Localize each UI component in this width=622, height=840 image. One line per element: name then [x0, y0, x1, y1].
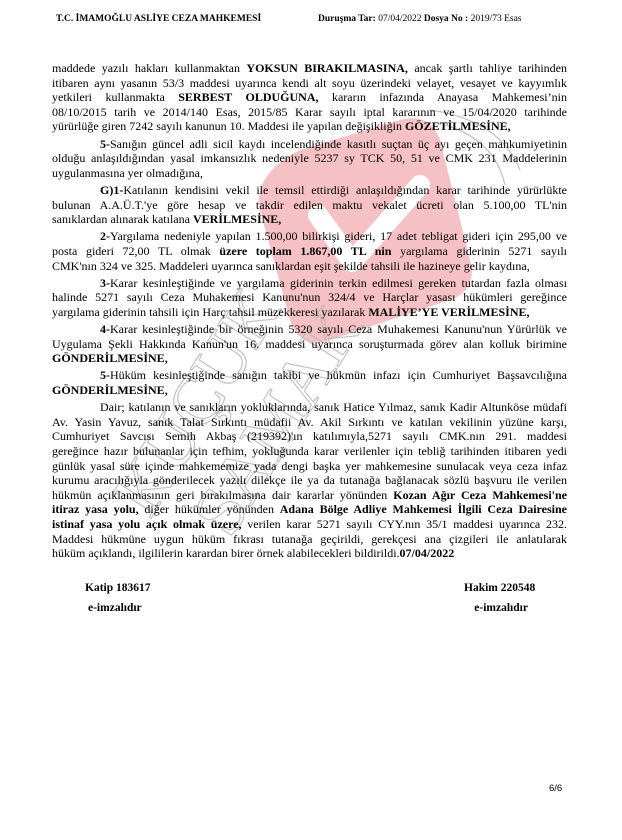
clerk-title: Katip 183617 — [85, 582, 151, 594]
bold-text: YOKSUN BIRAKILMASINA, — [246, 61, 407, 75]
text-line: Av. Yasin Yavuz, sanık Talat Sırkıntı mü… — [52, 415, 567, 430]
text: itibaren aynı yasanın 53/3 maddesi uyarı… — [52, 76, 567, 90]
text: bulunan A.A.Ü.T.'ye göre hesap ve takdir… — [52, 198, 567, 212]
text: ancak şartlı tahliye tarihinden — [408, 61, 567, 75]
text-line: 5-Sanığın güncel adli sicil kaydı incele… — [52, 137, 567, 152]
text: gereğince hazır bulunanlar için tefhim, … — [52, 444, 567, 458]
text-line: hüküm açıklandı, ilgililerin karardan bi… — [52, 546, 567, 561]
text: posta gideri 72,00 TL olmak — [52, 244, 219, 258]
bold-text: SERBEST OLDUĞUNA, — [178, 90, 318, 104]
text: Karar kesinleştiğinde ve yargılama gider… — [110, 276, 567, 290]
text: Av. Yasin Yavuz, sanık Talat Sırkıntı mü… — [52, 415, 567, 429]
text: yargılama giderinin tahsili için Harç ta… — [52, 305, 368, 319]
text-line: kurumu aracılığıyla gönderilecek yazılı … — [52, 473, 567, 488]
text: verilen karar 5271 sayılı CYY.nın 35/1 m… — [242, 517, 567, 531]
text-line: olduğu anlaşıldığından yasal imkansızlık… — [52, 151, 567, 166]
text-line: GÖNDERİLMESİNE, — [52, 383, 567, 398]
text-line: günlük yasal süre içinde mahkememize yad… — [52, 459, 567, 474]
text-line: itiraz yasa yolu, diğer hükümler yönünde… — [52, 502, 567, 517]
bold-text: G)1- — [100, 183, 123, 197]
paragraph-law-enforcement: 4-Karar kesinleştiğinde bir örneğinin 53… — [52, 322, 567, 366]
paragraph-court-costs: 2-Yargılama nedeniyle yapılan 1.500,00 b… — [52, 229, 567, 273]
text-line: sanıklardan alınarak katılana VERİLMESİN… — [52, 212, 567, 227]
bold-text: Kozan Ağır Ceza Mahkemesi'ne — [393, 488, 567, 502]
bold-text: GÖZETİLMESİNE, — [405, 119, 511, 133]
text-line: 08/10/2015 tarih ve 2014/140 Esas, 2015/… — [52, 105, 567, 120]
text-line: yargılama giderinin tahsili için Harç ta… — [52, 305, 567, 320]
bold-text: istinaf yasa yolu açık olmak üzere, — [52, 517, 242, 531]
paragraph-criminal-record: 5-Sanığın güncel adli sicil kaydı incele… — [52, 137, 567, 181]
text-line: 3-Karar kesinleştiğinde ve yargılama gid… — [52, 276, 567, 291]
bold-text: GÖNDERİLMESİNE, — [52, 351, 168, 365]
text-line: maddede yazılı hakları kullanmaktan YOKS… — [52, 61, 567, 76]
text: Katılanın kendisini vekil ile temsil ett… — [123, 183, 567, 197]
bold-text: VERİLMESİNE, — [193, 212, 281, 226]
text-line: posta gideri 72,00 TL olmak üzere toplam… — [52, 244, 567, 259]
file-label: Dosya No : — [424, 14, 468, 24]
clerk-signature: Katip 183617 e-imzalıdır — [85, 578, 151, 618]
text-line: Dair; katılanın ve sanıkların yoklukları… — [52, 400, 567, 415]
text-line: Maddesi hükmüne uygun hüküm fıkrası tuta… — [52, 532, 567, 547]
judge-title: Hakim 220548 — [464, 582, 535, 594]
text-line: 4-Karar kesinleştiğinde bir örneğinin 53… — [52, 322, 567, 337]
bold-text: 4- — [100, 322, 110, 336]
text-line: bulunan A.A.Ü.T.'ye göre hesap ve takdir… — [52, 198, 567, 213]
text-line: yetkileri kullanmakta SERBEST OLDUĞUNA, … — [52, 90, 567, 105]
text-line: GÖNDERİLMESİNE, — [52, 351, 567, 366]
text: yetkileri kullanmakta — [52, 90, 178, 104]
document-page: KUÇUK SAMAK T.C. İMAMOĞLU ASLİYE CEZA MA… — [0, 0, 622, 840]
text: diğer hükümler yönünden — [139, 502, 280, 516]
paragraph-prosecution: 5-Hüküm kesinleştiğinde sanığın takibi v… — [52, 368, 567, 397]
text: uygulanmasına yer olmadığına, — [52, 166, 203, 180]
judge-signature: Hakim 220548 e-imzalıdır — [464, 578, 535, 618]
text: olduğu anlaşıldığından yasal imkansızlık… — [52, 151, 567, 165]
text: Karar kesinleştiğinde bir örneğinin 5320… — [110, 322, 567, 336]
bold-text: GÖNDERİLMESİNE, — [52, 383, 168, 397]
clerk-e-signed: e-imzalıdır — [85, 598, 151, 618]
hearing-date: 07/04/2022 — [378, 14, 421, 24]
judge-e-signed: e-imzalıdır — [464, 598, 535, 618]
text: hüküm açıklandı, ilgililerin karardan bi… — [52, 546, 400, 560]
text: Cumhuriyet Savcısı Semih Akbaş (219392)'… — [52, 429, 567, 443]
text-line: G)1-Katılanın kendisini vekil ile temsil… — [52, 183, 567, 198]
text: kararın infazında Anayasa Mahkemesi’nin — [319, 90, 567, 104]
text: Maddesi hükmüne uygun hüküm fıkrası tuta… — [52, 532, 567, 546]
bold-text: Adana Bölge Adliye Mahkemesi İlgili Ceza… — [280, 502, 567, 516]
text: 08/10/2015 tarih ve 2014/140 Esas, 2015/… — [52, 105, 567, 119]
text: Yargılama nedeniyle yapılan 1.500,00 bil… — [110, 229, 567, 243]
text-line: CMK'nın 324 ve 325. Maddeleri uyarınca s… — [52, 259, 567, 274]
bold-text: MALİYE’YE VERİLMESİNE, — [368, 305, 529, 319]
text-line: 5-Hüküm kesinleştiğinde sanığın takibi v… — [52, 368, 567, 383]
bold-text: 07/04/2022 — [400, 546, 455, 560]
bold-text: 2- — [100, 229, 110, 243]
text: Uygulama Şekli Hakkında Kanun'un 16. mad… — [52, 337, 567, 351]
text: Sanığın güncel adli sicil kaydı incelend… — [110, 137, 567, 151]
bold-text: 5- — [100, 368, 110, 382]
court-name: T.C. İMAMOĞLU ASLİYE CEZA MAHKEMESİ — [56, 14, 261, 24]
text: maddede yazılı hakları kullanmaktan — [52, 61, 246, 75]
case-info: Duruşma Tar: 07/04/2022 Dosya No : 2019/… — [318, 14, 522, 24]
text-line: Cumhuriyet Savcısı Semih Akbaş (219392)'… — [52, 429, 567, 444]
paragraph-attorney-fee: G)1-Katılanın kendisini vekil ile temsil… — [52, 183, 567, 227]
text: kurumu aracılığıyla gönderilecek yazılı … — [52, 473, 567, 487]
text: Hüküm kesinleştiğinde sanığın takibi ve … — [110, 368, 567, 382]
bold-text: üzere toplam 1.867,00 TL nin — [219, 244, 391, 258]
paragraph-conclusion: Dair; katılanın ve sanıkların yoklukları… — [52, 400, 567, 561]
text-line: halinde 5271 sayılı Ceza Muhakemesi Kanu… — [52, 290, 567, 305]
bold-text: 3- — [100, 276, 110, 290]
text: günlük yasal süre içinde mahkememize yad… — [52, 459, 567, 473]
page-number: 6/6 — [549, 783, 562, 794]
text-line: Uygulama Şekli Hakkında Kanun'un 16. mad… — [52, 337, 567, 352]
text-line: gereğince hazır bulunanlar için tefhim, … — [52, 444, 567, 459]
text: sanıklardan alınarak katılana — [52, 212, 193, 226]
text: CMK'nın 324 ve 325. Maddeleri uyarınca s… — [52, 259, 530, 273]
bold-text: 5- — [100, 137, 110, 151]
text: yargılama giderinin 5271 sayılı — [391, 244, 567, 258]
text: halinde 5271 sayılı Ceza Muhakemesi Kanu… — [52, 290, 567, 304]
text: yürürlüğe giren 7242 sayılı kanunun 10. … — [52, 119, 405, 133]
file-number: 2019/73 Esas — [471, 14, 522, 24]
text-line: uygulanmasına yer olmadığına, — [52, 166, 567, 181]
text-line: istinaf yasa yolu açık olmak üzere, veri… — [52, 517, 567, 532]
text: hükmün açıklanmasının geri bırakılmasına… — [52, 488, 393, 502]
text-line: hükmün açıklanmasının geri bırakılmasına… — [52, 488, 567, 503]
hearing-label: Duruşma Tar: — [318, 14, 376, 24]
text: Dair; katılanın ve sanıkların yoklukları… — [100, 400, 567, 414]
text-line: itibaren aynı yasanın 53/3 maddesi uyarı… — [52, 76, 567, 91]
text-line: 2-Yargılama nedeniyle yapılan 1.500,00 b… — [52, 229, 567, 244]
paragraph-fees-collection: 3-Karar kesinleştiğinde ve yargılama gid… — [52, 276, 567, 320]
text-line: yürürlüğe giren 7242 sayılı kanunun 10. … — [52, 119, 567, 134]
verdict-body: maddede yazılı hakları kullanmaktan YOKS… — [52, 61, 567, 561]
bold-text: itiraz yasa yolu, — [52, 502, 139, 516]
paragraph-rights: maddede yazılı hakları kullanmaktan YOKS… — [52, 61, 567, 134]
